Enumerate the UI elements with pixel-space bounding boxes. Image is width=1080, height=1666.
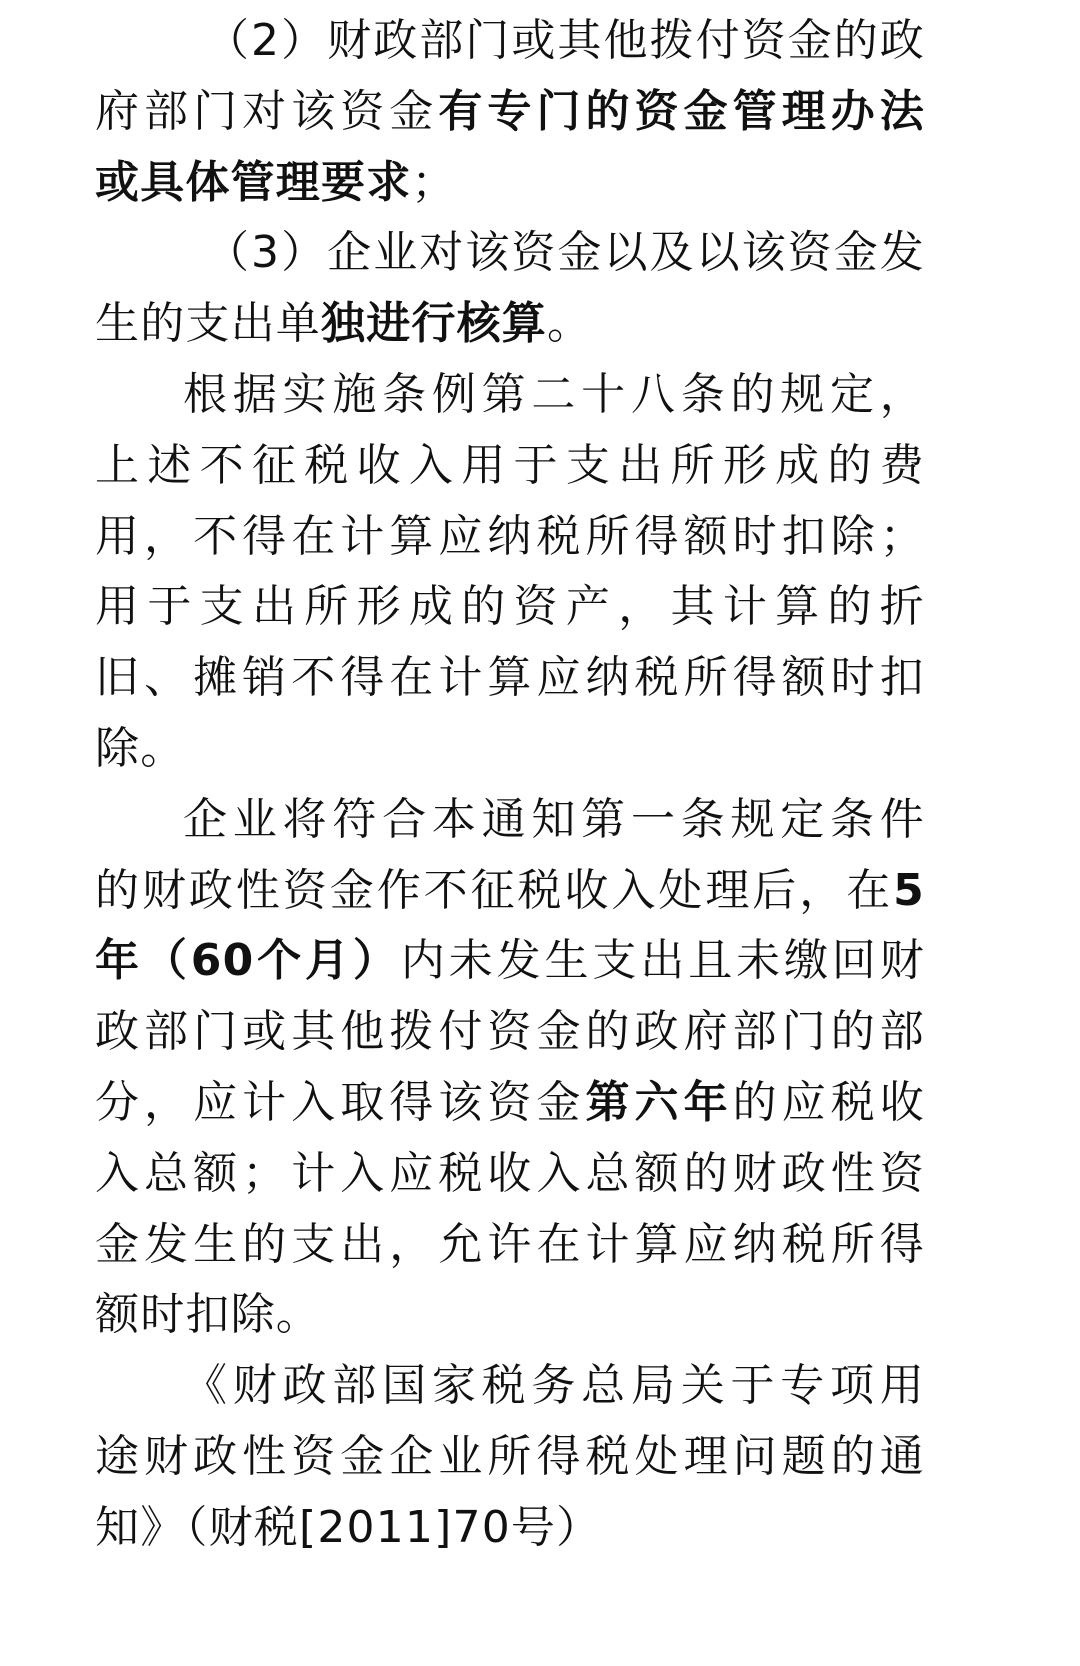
text-segment: 。 bbox=[547, 298, 592, 349]
text-segment: 上述不征税收入用于支出所形成的费 bbox=[95, 440, 925, 491]
text-segment: ； bbox=[411, 157, 456, 208]
text-segment: 根据实施条例第二十八条的规定， bbox=[183, 369, 925, 420]
paragraph-item-2: （2）财政部门或其他拨付资金的政 府部门对该资金有专门的资金管理办法 或具体管理… bbox=[95, 6, 925, 218]
text-line: 途财政性资金企业所得税处理问题的通 bbox=[95, 1422, 925, 1493]
text-line: 用于支出所形成的资产，其计算的折 bbox=[95, 572, 925, 643]
text-segment: 旧、摊销不得在计算应纳税所得额时扣 bbox=[95, 652, 925, 703]
text-segment: 的财政性资金作不征税收入处理后，在 bbox=[95, 865, 893, 916]
citation-text: 知》（财税[2011]70号） bbox=[95, 1502, 601, 1553]
text-line: 额时扣除。 bbox=[95, 1280, 925, 1351]
text-segment: 府部门对该资金 bbox=[95, 86, 438, 137]
paragraph-source-citation: 《财政部国家税务总局关于专项用 途财政性资金企业所得税处理问题的通 知》（财税[… bbox=[95, 1351, 925, 1563]
text-line: 除。 bbox=[95, 714, 925, 785]
emphasis-text: 独进行核算 bbox=[321, 298, 547, 349]
text-segment: 政部门或其他拨付资金的政府部门的部 bbox=[95, 1006, 925, 1057]
text-line: 分，应计入取得该资金第六年的应税收 bbox=[95, 1068, 925, 1139]
text-line: 根据实施条例第二十八条的规定， bbox=[95, 360, 925, 431]
emphasis-text: 有专门的资金管理办法 bbox=[438, 86, 925, 137]
text-line: 政部门或其他拨付资金的政府部门的部 bbox=[95, 997, 925, 1068]
text-segment: 金发生的支出，允许在计算应纳税所得 bbox=[95, 1219, 925, 1270]
text-line: 企业将符合本通知第一条规定条件 bbox=[95, 785, 925, 856]
text-segment: （3）企业对该资金以及以该资金发 bbox=[205, 227, 925, 278]
text-segment: 分，应计入取得该资金 bbox=[95, 1077, 586, 1128]
text-segment: 用于支出所形成的资产，其计算的折 bbox=[95, 581, 925, 632]
emphasis-text: 年（60个月） bbox=[95, 935, 401, 986]
text-segment: 生的支出单 bbox=[95, 298, 321, 349]
text-segment: 除。 bbox=[95, 723, 185, 774]
text-line: （3）企业对该资金以及以该资金发 bbox=[95, 218, 925, 289]
text-segment: （2）财政部门或其他拨付资金的政 bbox=[205, 15, 925, 66]
document-body: （2）财政部门或其他拨付资金的政 府部门对该资金有专门的资金管理办法 或具体管理… bbox=[95, 6, 925, 1564]
text-line: 府部门对该资金有专门的资金管理办法 bbox=[95, 77, 925, 148]
text-line: 的财政性资金作不征税收入处理后，在5 bbox=[95, 856, 925, 927]
text-line: 入总额；计入应税收入总额的财政性资 bbox=[95, 1139, 925, 1210]
text-segment: 用，不得在计算应纳税所得额时扣除； bbox=[95, 511, 925, 562]
text-line: 旧、摊销不得在计算应纳税所得额时扣 bbox=[95, 643, 925, 714]
text-segment: 额时扣除。 bbox=[95, 1289, 321, 1340]
text-segment: 入总额；计入应税收入总额的财政性资 bbox=[95, 1148, 925, 1199]
paragraph-five-year-rule: 企业将符合本通知第一条规定条件 的财政性资金作不征税收入处理后，在5 年（60个… bbox=[95, 785, 925, 1351]
text-line: 生的支出单独进行核算。 bbox=[95, 289, 925, 360]
text-segment: 途财政性资金企业所得税处理问题的通 bbox=[95, 1431, 925, 1482]
text-line: 或具体管理要求； bbox=[95, 148, 925, 219]
text-segment: 内未发生支出且未缴回财 bbox=[401, 935, 925, 986]
emphasis-text: 第六年 bbox=[586, 1077, 733, 1128]
text-line: 上述不征税收入用于支出所形成的费 bbox=[95, 431, 925, 502]
text-line: 《财政部国家税务总局关于专项用 bbox=[95, 1351, 925, 1422]
paragraph-regulation-article-28: 根据实施条例第二十八条的规定， 上述不征税收入用于支出所形成的费 用，不得在计算… bbox=[95, 360, 925, 785]
text-line: 用，不得在计算应纳税所得额时扣除； bbox=[95, 502, 925, 573]
text-line: （2）财政部门或其他拨付资金的政 bbox=[95, 6, 925, 77]
text-segment: 企业将符合本通知第一条规定条件 bbox=[183, 794, 925, 845]
text-line: 金发生的支出，允许在计算应纳税所得 bbox=[95, 1210, 925, 1281]
emphasis-text: 5 bbox=[893, 865, 925, 916]
text-line: 知》（财税[2011]70号） bbox=[95, 1493, 925, 1564]
emphasis-text: 或具体管理要求 bbox=[95, 157, 411, 208]
text-segment: 的应税收 bbox=[733, 1077, 925, 1128]
text-line: 年（60个月）内未发生支出且未缴回财 bbox=[95, 926, 925, 997]
paragraph-item-3: （3）企业对该资金以及以该资金发 生的支出单独进行核算。 bbox=[95, 218, 925, 360]
text-segment: 《财政部国家税务总局关于专项用 bbox=[183, 1360, 925, 1411]
